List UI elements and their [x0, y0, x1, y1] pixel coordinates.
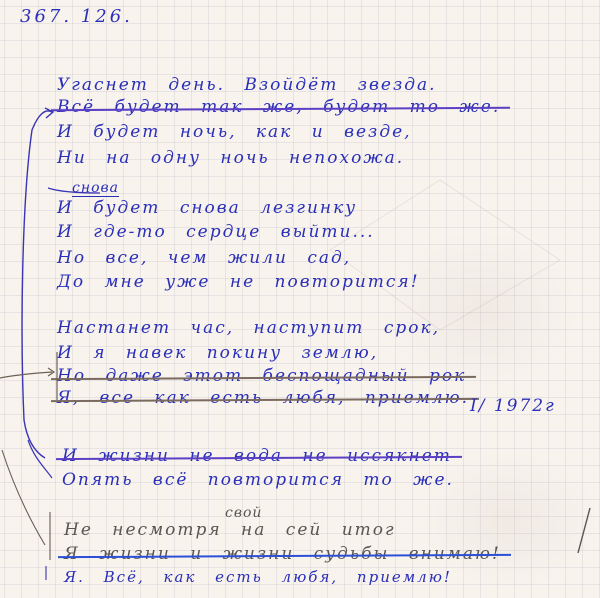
insertion-word: снова [72, 180, 119, 197]
manuscript-line: Опять всё повторится то же. [62, 470, 454, 490]
manuscript-line: И где-то сердце выйти... [57, 222, 375, 242]
manuscript-line: Я. Всё, как есть любя, приемлю! [64, 568, 452, 586]
manuscript-line: И я навек покину землю, [57, 343, 378, 363]
manuscript-line-struck: Всё будет так же, будет то же. [57, 97, 500, 117]
manuscript-line-struck: Я жизни и жизни судьбы внимаю! [64, 544, 501, 564]
manuscript-line-struck: И жизни не вода не иссякнет [62, 446, 452, 466]
manuscript-line: Настанет час, наступит срок, [57, 318, 440, 338]
manuscript-line-pencil: Не несмотря на сей итог [64, 520, 396, 540]
manuscript-line-struck: Я, все как есть любя, приемлю. [57, 388, 469, 408]
date-annotation: I/ 1972г [470, 396, 556, 416]
manuscript-line: И будет ночь, как и везде, [57, 122, 412, 142]
manuscript-line: Ни на одну ночь непохожа. [57, 148, 404, 168]
insertion-word: свой [225, 505, 262, 521]
folio-number: 367. 126. [20, 6, 133, 27]
title-line: Угаснет день. Взойдёт звезда. [57, 75, 437, 95]
manuscript-line: До мне уже не повторится! [57, 272, 420, 292]
manuscript-line: И будет снова лезгинку [57, 198, 357, 218]
manuscript-line: Но все, чем жили сад, [57, 248, 351, 268]
manuscript-line-struck: Но даже этот беспощадный рок [57, 366, 466, 386]
